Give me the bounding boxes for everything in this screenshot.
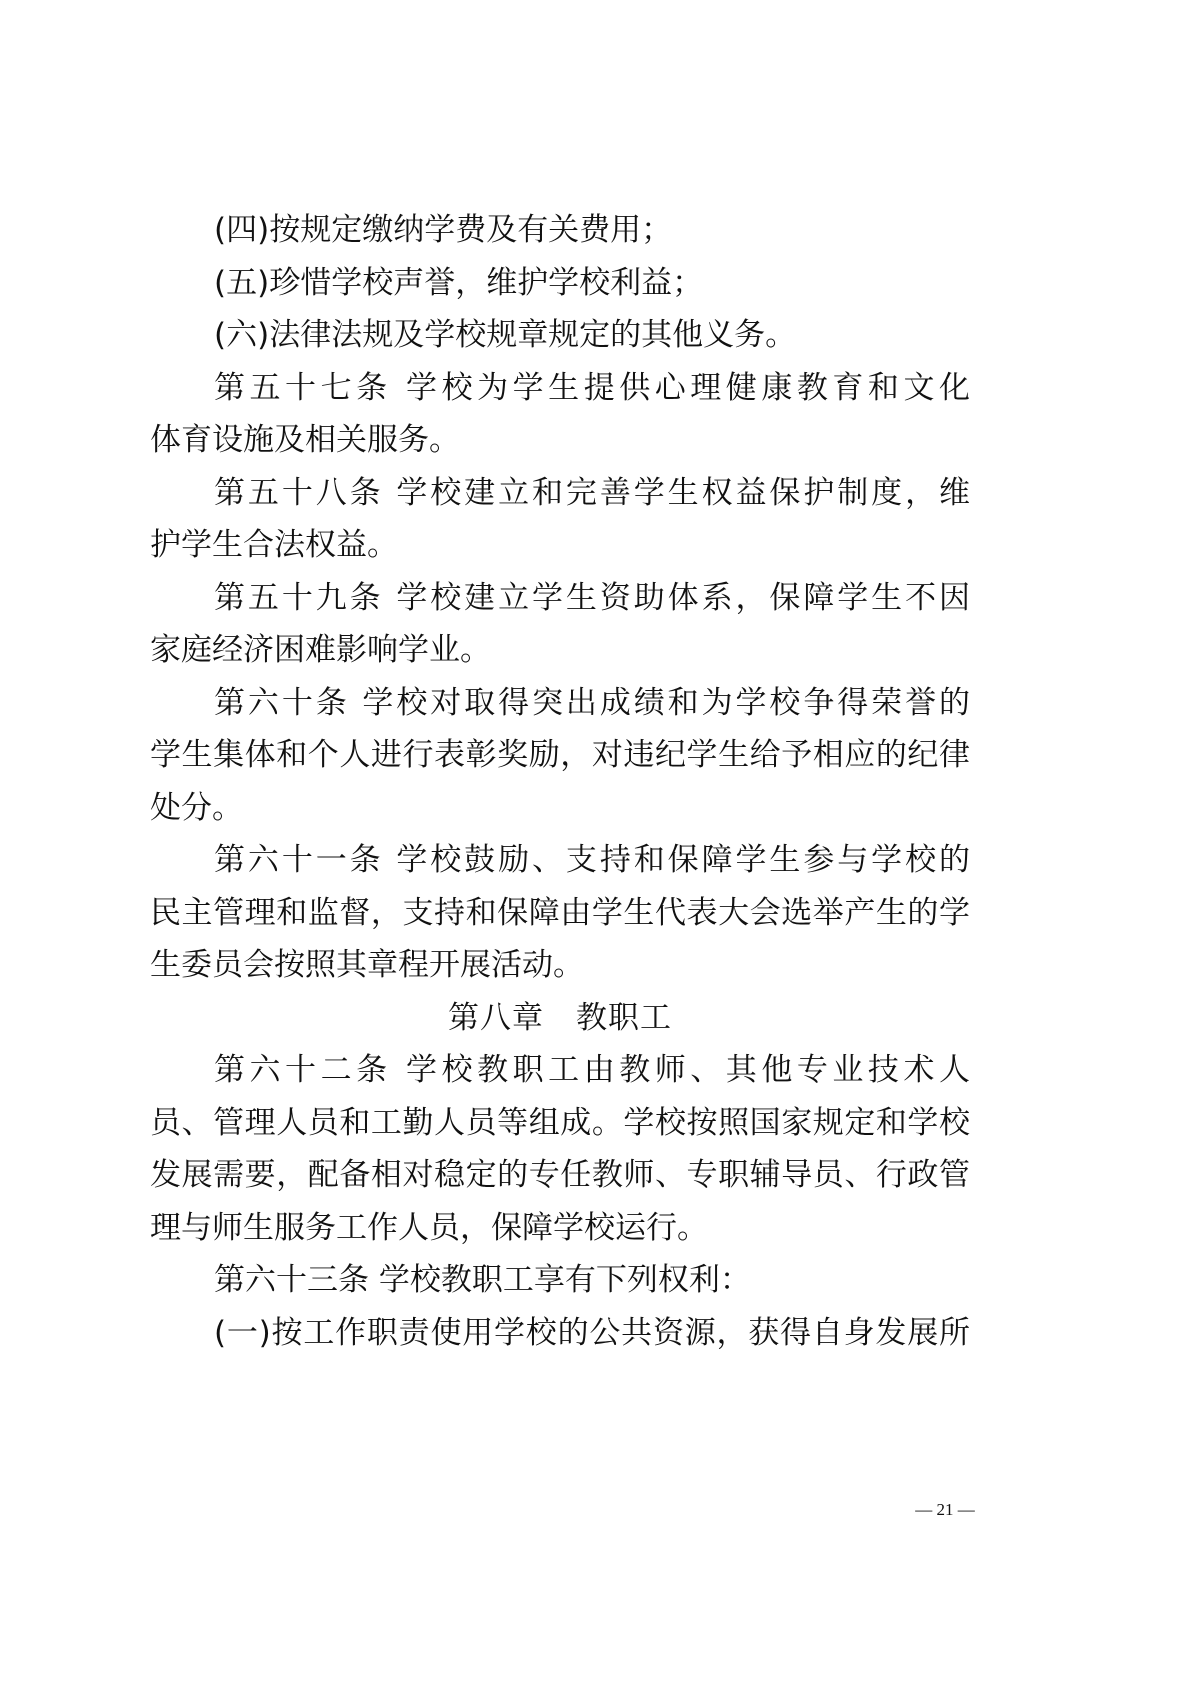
article-63-line-1: 第六十三条 学校教职工享有下列权利： <box>150 1254 970 1307</box>
list-item-6: (六)法律法规及学校规章规定的其他义务。 <box>150 309 970 362</box>
document-page: (四)按规定缴纳学费及有关费用； (五)珍惜学校声誉，维护学校利益； (六)法律… <box>0 0 1191 1684</box>
article-60-line-2: 学生集体和个人进行表彰奖励，对违纪学生给予相应的纪律 <box>150 729 970 782</box>
article-61-line-3: 生委员会按照其章程开展活动。 <box>150 939 970 992</box>
article-59-line-2: 家庭经济困难影响学业。 <box>150 624 970 677</box>
chapter-heading: 第八章 教职工 <box>150 992 970 1045</box>
article-61-line-1: 第六十一条 学校鼓励、支持和保障学生参与学校的 <box>150 834 970 887</box>
article-61-line-2: 民主管理和监督，支持和保障由学生代表大会选举产生的学 <box>150 887 970 940</box>
list-item-4: (四)按规定缴纳学费及有关费用； <box>150 204 970 257</box>
article-62-line-3: 发展需要，配备相对稳定的专任教师、专职辅导员、行政管 <box>150 1149 970 1202</box>
page-number: — 21 — <box>910 1500 980 1520</box>
article-60-line-3: 处分。 <box>150 782 970 835</box>
list-item-5: (五)珍惜学校声誉，维护学校利益； <box>150 257 970 310</box>
article-58-line-2: 护学生合法权益。 <box>150 519 970 572</box>
document-body: (四)按规定缴纳学费及有关费用； (五)珍惜学校声誉，维护学校利益； (六)法律… <box>150 204 970 1359</box>
article-57-line-1: 第五十七条 学校为学生提供心理健康教育和文化 <box>150 362 970 415</box>
article-59-line-1: 第五十九条 学校建立学生资助体系，保障学生不因 <box>150 572 970 625</box>
article-62-line-4: 理与师生服务工作人员，保障学校运行。 <box>150 1202 970 1255</box>
article-58-line-1: 第五十八条 学校建立和完善学生权益保护制度，维 <box>150 467 970 520</box>
list-item-1: (一)按工作职责使用学校的公共资源，获得自身发展所 <box>150 1307 970 1360</box>
article-60-line-1: 第六十条 学校对取得突出成绩和为学校争得荣誉的 <box>150 677 970 730</box>
article-62-line-2: 员、管理人员和工勤人员等组成。学校按照国家规定和学校 <box>150 1097 970 1150</box>
article-57-line-2: 体育设施及相关服务。 <box>150 414 970 467</box>
article-62-line-1: 第六十二条 学校教职工由教师、其他专业技术人 <box>150 1044 970 1097</box>
